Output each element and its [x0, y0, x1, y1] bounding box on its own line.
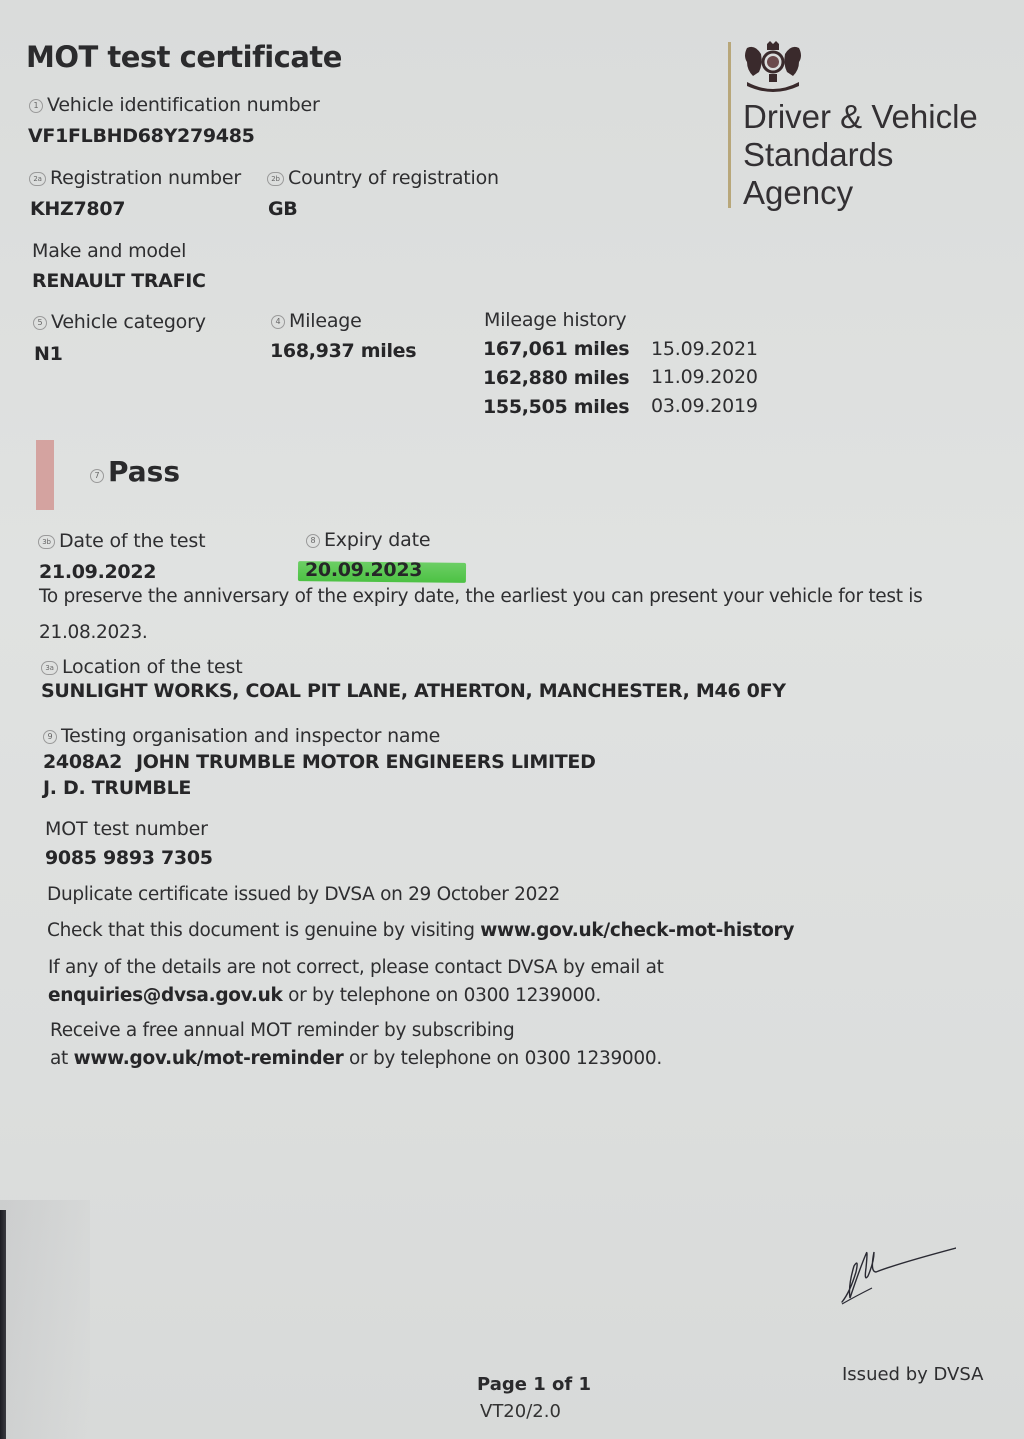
test-date-label-text: Date of the test: [59, 530, 205, 552]
make-model-value: RENAULT TRAFIC: [32, 270, 206, 292]
paper-edge-shadow: [0, 1210, 6, 1439]
location-value: SUNLIGHT WORKS, COAL PIT LANE, ATHERTON,…: [41, 680, 786, 702]
mileage-history-miles: 155,505 miles: [483, 396, 629, 418]
test-result: 7Pass: [90, 455, 180, 488]
field-ref-badge: 3b: [38, 535, 55, 549]
registration-value: KHZ7807: [30, 198, 125, 220]
field-ref-badge: 4: [271, 315, 285, 329]
check-mot-history-link[interactable]: www.gov.uk/check-mot-history: [480, 920, 794, 941]
field-ref-badge: 5: [33, 316, 47, 330]
field-ref-badge: 3a: [41, 661, 58, 675]
mileage-history-date: 03.09.2019: [651, 395, 758, 417]
field-ref-badge: 2b: [267, 172, 284, 186]
mileage-history-date: 15.09.2021: [651, 338, 758, 360]
reminder-note-line: at www.gov.uk/mot-reminder or by telepho…: [50, 1048, 662, 1069]
country-label: 2bCountry of registration: [267, 167, 499, 189]
test-date-value: 21.09.2022: [39, 561, 156, 583]
certificate-page: [0, 0, 1024, 1439]
contact-note-text: or by telephone on 0300 1239000.: [283, 985, 601, 1006]
testing-org-code: 2408A2: [43, 751, 122, 773]
contact-note-line: If any of the details are not correct, p…: [48, 957, 664, 978]
signature-icon: [836, 1232, 956, 1312]
agency-name-line: Agency: [743, 174, 1013, 212]
registration-label-text: Registration number: [50, 167, 241, 189]
expiry-date-value: 20.09.2023: [305, 559, 422, 581]
mileage-history-date: 11.09.2020: [651, 366, 758, 388]
check-note: Check that this document is genuine by v…: [47, 920, 794, 941]
country-label-text: Country of registration: [288, 167, 499, 189]
field-ref-badge: 7: [90, 469, 104, 483]
anniversary-note-line: 21.08.2023.: [39, 622, 148, 643]
vehicle-category-label: 5Vehicle category: [33, 311, 206, 333]
inspector-name: J. D. TRUMBLE: [43, 777, 191, 799]
contact-email-link[interactable]: enquiries@dvsa.gov.uk: [48, 985, 283, 1006]
check-note-text: Check that this document is genuine by v…: [47, 920, 480, 941]
mileage-label: 4Mileage: [271, 310, 362, 332]
testing-org-value: 2408A2JOHN TRUMBLE MOTOR ENGINEERS LIMIT…: [43, 751, 596, 773]
field-ref-badge: 1: [29, 99, 43, 113]
page-number: Page 1 of 1: [477, 1374, 591, 1395]
mileage-history-miles: 162,880 miles: [483, 367, 629, 389]
test-number-label: MOT test number: [45, 818, 208, 840]
reminder-note-text: or by telephone on 0300 1239000.: [343, 1048, 661, 1069]
registration-label: 2aRegistration number: [29, 167, 241, 189]
test-date-label: 3bDate of the test: [38, 530, 205, 552]
page-title: MOT test certificate: [26, 40, 342, 74]
testing-org-name: JOHN TRUMBLE MOTOR ENGINEERS LIMITED: [136, 751, 596, 773]
country-value: GB: [268, 198, 297, 220]
vehicle-category-label-text: Vehicle category: [51, 311, 206, 333]
reminder-note-prefix: at: [50, 1048, 74, 1069]
royal-crest-icon: [741, 40, 805, 94]
result-status-bar: [36, 440, 54, 510]
location-label-text: Location of the test: [62, 656, 242, 678]
reminder-note-line: Receive a free annual MOT reminder by su…: [50, 1020, 514, 1041]
expiry-date-label-text: Expiry date: [324, 529, 430, 551]
form-code: VT20/2.0: [480, 1401, 561, 1422]
vin-label: 1Vehicle identification number: [29, 94, 320, 116]
agency-name-line: Standards: [743, 136, 1013, 174]
make-model-label: Make and model: [32, 240, 186, 262]
mileage-history-miles: 167,061 miles: [483, 338, 629, 360]
mot-reminder-link[interactable]: www.gov.uk/mot-reminder: [74, 1048, 344, 1069]
paper-fold-shadow: [0, 1200, 90, 1439]
field-ref-badge: 8: [306, 534, 320, 548]
issued-by: Issued by DVSA: [842, 1364, 983, 1385]
test-number-value: 9085 9893 7305: [45, 847, 213, 869]
agency-accent-bar: [728, 42, 731, 208]
test-result-value: Pass: [108, 455, 180, 488]
mileage-value: 168,937 miles: [270, 340, 416, 362]
location-label: 3aLocation of the test: [41, 656, 242, 678]
field-ref-badge: 2a: [29, 172, 46, 186]
vin-value: VF1FLBHD68Y279485: [28, 125, 255, 147]
anniversary-note-line: To preserve the anniversary of the expir…: [39, 586, 922, 607]
agency-name: Driver & Vehicle Standards Agency: [743, 98, 1013, 212]
vin-label-text: Vehicle identification number: [47, 94, 320, 116]
mileage-history-label: Mileage history: [484, 309, 626, 331]
field-ref-badge: 9: [43, 730, 57, 744]
expiry-date-label: 8Expiry date: [306, 529, 430, 551]
contact-note-line: enquiries@dvsa.gov.uk or by telephone on…: [48, 985, 601, 1006]
testing-org-label-text: Testing organisation and inspector name: [61, 725, 440, 747]
mileage-label-text: Mileage: [289, 310, 362, 332]
agency-name-line: Driver & Vehicle: [743, 98, 1013, 136]
vehicle-category-value: N1: [34, 343, 63, 365]
duplicate-note: Duplicate certificate issued by DVSA on …: [47, 884, 560, 905]
testing-org-label: 9Testing organisation and inspector name: [43, 725, 440, 747]
